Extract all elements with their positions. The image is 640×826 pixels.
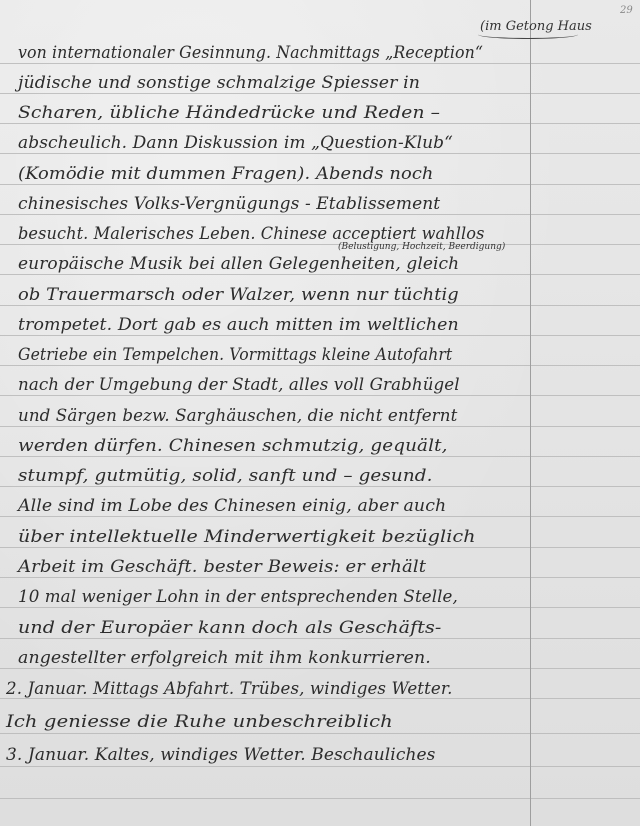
text-line-12: nach der Umgebung der Stadt, alles voll … xyxy=(18,375,460,395)
ruled-line xyxy=(0,516,640,517)
text-line-3: Scharen, übliche Händedrücke und Reden – xyxy=(18,103,440,123)
diary-entry-jan-3: 3. Januar. Kaltes, windiges Wetter. Besc… xyxy=(6,745,436,765)
text-line-17: über intellektuelle Minderwertigkeit bez… xyxy=(18,527,476,547)
ruled-line xyxy=(0,426,640,427)
text-line-18: Arbeit im Geschäft. bester Beweis: er er… xyxy=(18,557,426,577)
text-line-15: stumpf, gutmütig, solid, sanft und – ges… xyxy=(18,466,433,486)
text-line-2: jüdische und sonstige schmalzige Spiesse… xyxy=(18,73,420,93)
text-line-5: (Komödie mit dummen Fragen). Abends noch xyxy=(18,164,434,184)
manuscript-page: 29 (im Getong Haus (Belustigung, Hochzei… xyxy=(0,0,640,826)
ruled-line xyxy=(0,274,640,275)
text-line-21: angestellter erfolgreich mit ihm konkurr… xyxy=(18,648,431,668)
ruled-line xyxy=(0,244,640,245)
ruled-line xyxy=(0,335,640,336)
text-line-19: 10 mal weniger Lohn in der entsprechende… xyxy=(18,587,458,607)
ruled-line xyxy=(0,798,640,799)
ruled-line xyxy=(0,577,640,578)
ruled-line xyxy=(0,184,640,185)
text-line-6: chinesisches Volks-Vergnügungs - Etablis… xyxy=(18,194,440,214)
ruled-line xyxy=(0,638,640,639)
page-number: 29 xyxy=(620,5,633,16)
annotation-bracket xyxy=(478,30,578,39)
margin-line xyxy=(530,0,531,826)
ruled-line xyxy=(0,365,640,366)
text-line-16: Alle sind im Lobe des Chinesen einig, ab… xyxy=(18,496,446,516)
ruled-line xyxy=(0,607,640,608)
ruled-line xyxy=(0,123,640,124)
text-line-20: und der Europäer kann doch als Geschäfts… xyxy=(18,618,441,638)
text-line-7: besucht. Malerisches Leben. Chinese acce… xyxy=(18,224,484,244)
text-line-10: trompetet. Dort gab es auch mitten im we… xyxy=(18,315,459,335)
text-line-13: und Särgen bezw. Sarghäuschen, die nicht… xyxy=(18,406,457,426)
ruled-line xyxy=(0,766,640,767)
ruled-line xyxy=(0,456,640,457)
ruled-line xyxy=(0,93,640,94)
text-line-11: Getriebe ein Tempelchen. Vormittags klei… xyxy=(18,345,452,365)
text-line-9: ob Trauermarsch oder Walzer, wenn nur tü… xyxy=(18,285,459,305)
ruled-line xyxy=(0,153,640,154)
ruled-line xyxy=(0,305,640,306)
ruled-line xyxy=(0,733,640,734)
ruled-line xyxy=(0,668,640,669)
ruled-line xyxy=(0,486,640,487)
ruled-line xyxy=(0,395,640,396)
ruled-line xyxy=(0,63,640,64)
text-line-4: abscheulich. Dann Diskussion im „Questio… xyxy=(18,133,453,153)
ruled-line xyxy=(0,214,640,215)
text-line-8: europäische Musik bei allen Gelegenheite… xyxy=(18,254,459,274)
ruled-line xyxy=(0,547,640,548)
text-line-23: Ich geniesse die Ruhe unbeschreiblich xyxy=(6,712,393,732)
text-line-14: werden dürfen. Chinesen schmutzig, gequä… xyxy=(18,436,448,456)
text-line-1: von internationaler Gesinnung. Nachmitta… xyxy=(18,43,483,63)
diary-entry-jan-2: 2. Januar. Mittags Abfahrt. Trübes, wind… xyxy=(6,679,452,699)
